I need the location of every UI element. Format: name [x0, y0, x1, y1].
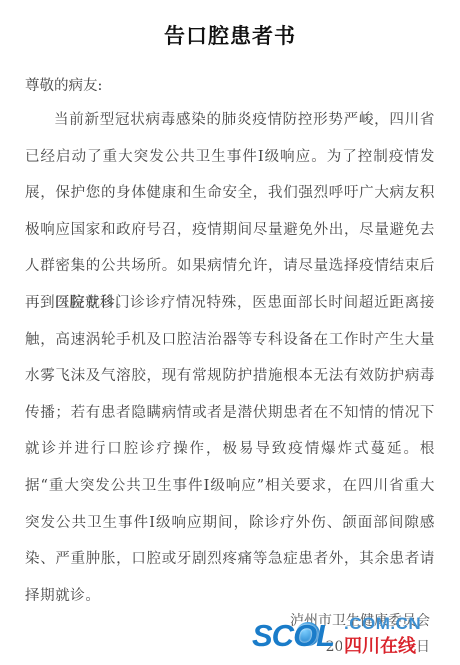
watermark-logo-text: SCOL	[252, 618, 334, 654]
watermark-name: 四川在线	[342, 632, 418, 658]
scol-watermark: SCOL .COM.CN 四川在线	[252, 612, 432, 657]
paragraph-2: 口腔专科门诊诊疗情况特殊，医患面部长时间超近距离接触，高速涡轮手机及口腔洁治器等…	[25, 285, 435, 614]
document-title: 告口腔患者书	[0, 20, 460, 50]
watermark-domain: .COM.CN	[344, 614, 421, 634]
salutation: 尊敬的病友:	[25, 74, 102, 95]
